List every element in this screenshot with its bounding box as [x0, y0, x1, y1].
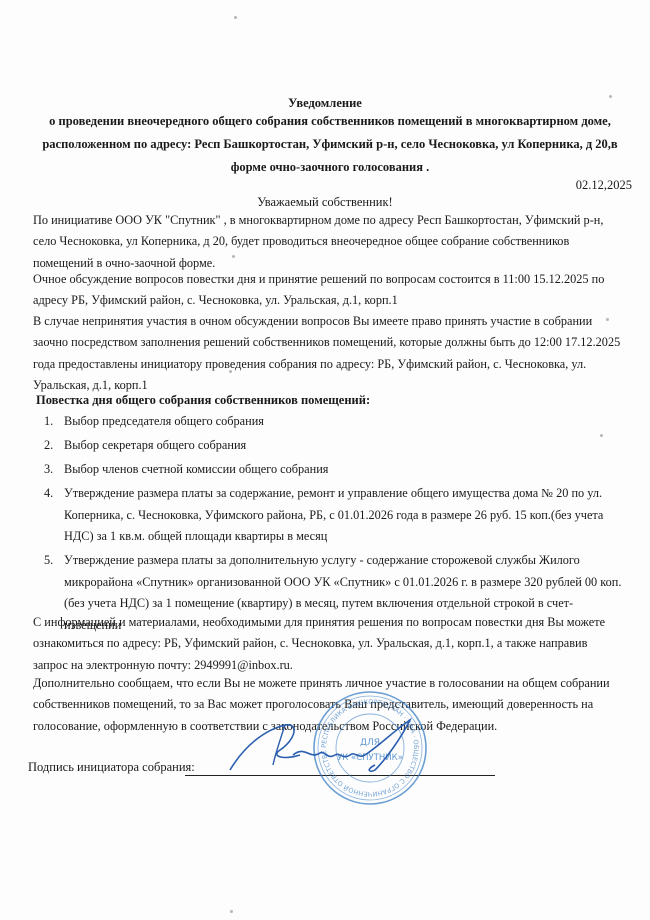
in-person-paragraph: Очное обсуждение вопросов повестки дня и…: [33, 269, 623, 312]
intro-paragraph: По инициативе ООО УК "Спутник" , в много…: [33, 210, 623, 274]
agenda-item-number: 4.: [44, 483, 53, 505]
agenda-list: 1.Выбор председателя общего собрания 2.В…: [40, 411, 630, 639]
agenda-item: 1.Выбор председателя общего собрания: [40, 411, 630, 433]
absentee-paragraph: В случае непринятия участия в очном обсу…: [33, 311, 623, 396]
document-page: Уведомление о проведении внеочередного о…: [0, 0, 650, 920]
agenda-item: 4.Утверждение размера платы за содержани…: [40, 483, 630, 548]
scan-speck: [606, 318, 609, 321]
scan-speck: [232, 255, 235, 258]
agenda-item-number: 5.: [44, 550, 53, 572]
scan-speck: [600, 434, 603, 437]
agenda-item: 3.Выбор членов счетной комиссии общего с…: [40, 459, 630, 481]
scan-speck: [234, 16, 237, 19]
scan-speck: [609, 95, 612, 98]
agenda-item-number: 1.: [44, 411, 53, 433]
signature-label: Подпись инициатора собрания:: [28, 760, 195, 775]
agenda-item-text: Выбор секретаря общего собрания: [64, 438, 246, 452]
agenda-item-text: Выбор членов счетной комиссии общего соб…: [64, 462, 328, 476]
info-paragraph: С информацией и материалами, необходимым…: [33, 612, 623, 676]
agenda-item-text: Утверждение размера платы за содержание,…: [64, 486, 603, 543]
handwritten-signature-icon: [225, 715, 425, 785]
document-subtitle: о проведении внеочередного общего собран…: [40, 110, 620, 179]
scan-speck: [230, 910, 233, 913]
agenda-item-text: Выбор председателя общего собрания: [64, 414, 264, 428]
document-date: 02.12,2025: [576, 178, 632, 193]
document-title: Уведомление: [0, 96, 650, 111]
agenda-item: 2.Выбор секретаря общего собрания: [40, 435, 630, 457]
agenda-item-number: 2.: [44, 435, 53, 457]
agenda-item-number: 3.: [44, 459, 53, 481]
scan-speck: [222, 602, 225, 605]
greeting: Уважаемый собственник!: [0, 195, 650, 210]
scan-speck: [229, 370, 232, 373]
agenda-title: Повестка дня общего собрания собственник…: [36, 393, 370, 408]
